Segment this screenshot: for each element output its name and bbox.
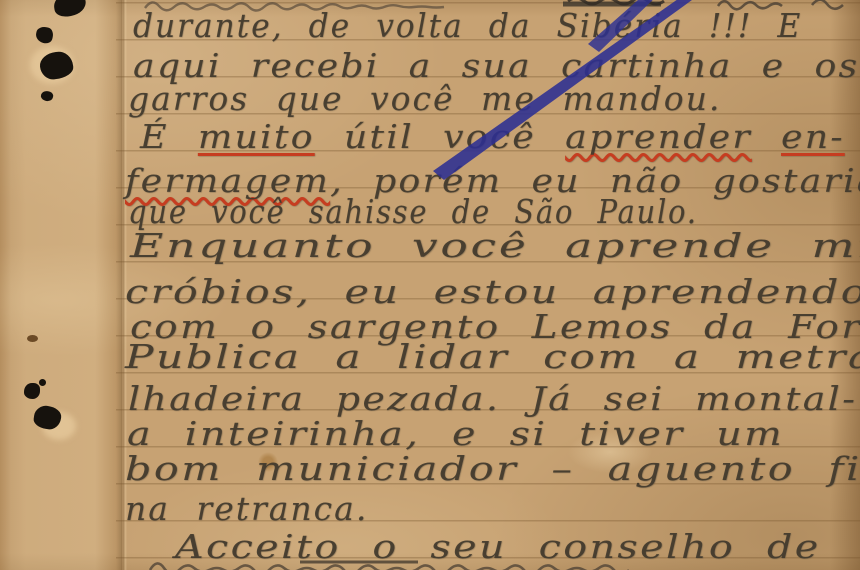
letter-photo: durante, de volta da Sibéria !!! Eaqui r… xyxy=(0,0,860,570)
letter-text: Enquanto você aprende mi- xyxy=(130,226,860,265)
letter-line: cróbios, eu estou aprendendo xyxy=(125,272,860,311)
red-underlined-word: en- xyxy=(781,117,845,156)
letter-text: lhadeira pezada. Já sei montal- xyxy=(128,379,857,418)
letter-text: Publica a lidar com a metra- xyxy=(125,337,860,376)
letter-line: Acceito o seu conselho de xyxy=(175,527,821,566)
letter-text: útil você xyxy=(315,117,565,156)
paper-hole xyxy=(27,335,38,342)
letter-line: Enquanto você aprende mi- xyxy=(130,226,860,265)
letter-line: a inteirinha, e si tiver um xyxy=(127,414,784,453)
letter-text: garros que você me mandou. xyxy=(128,79,721,118)
letter-text: bom municiador – aguento firme xyxy=(125,449,860,488)
paper-margin xyxy=(0,0,122,570)
letter-text xyxy=(752,117,781,156)
paper-hole xyxy=(39,379,46,386)
letter-line: garros que você me mandou. xyxy=(128,79,721,118)
paper-hole xyxy=(24,383,40,399)
letter-line: É muito útil você aprender en- xyxy=(140,117,845,156)
letter-text: a inteirinha, e si tiver um xyxy=(127,414,784,453)
letter-line: Publica a lidar com a metra- xyxy=(125,337,860,376)
letter-text: na retranca. xyxy=(125,489,368,528)
letter-line: na retranca. xyxy=(125,489,368,528)
red-underlined-word: aprender xyxy=(565,117,752,156)
letter-line: durante, de volta da Sibéria !!! E xyxy=(133,6,802,45)
letter-line: lhadeira pezada. Já sei montal- xyxy=(128,379,857,418)
letter-text: cróbios, eu estou aprendendo xyxy=(125,272,860,311)
letter-text: durante, de volta da Sibéria !!! E xyxy=(133,6,802,45)
red-underlined-word: muito xyxy=(198,117,315,156)
letter-line: bom municiador – aguento firme xyxy=(125,449,860,488)
letter-text: É xyxy=(140,117,198,156)
letter-text: Acceito o seu conselho de xyxy=(175,527,821,566)
